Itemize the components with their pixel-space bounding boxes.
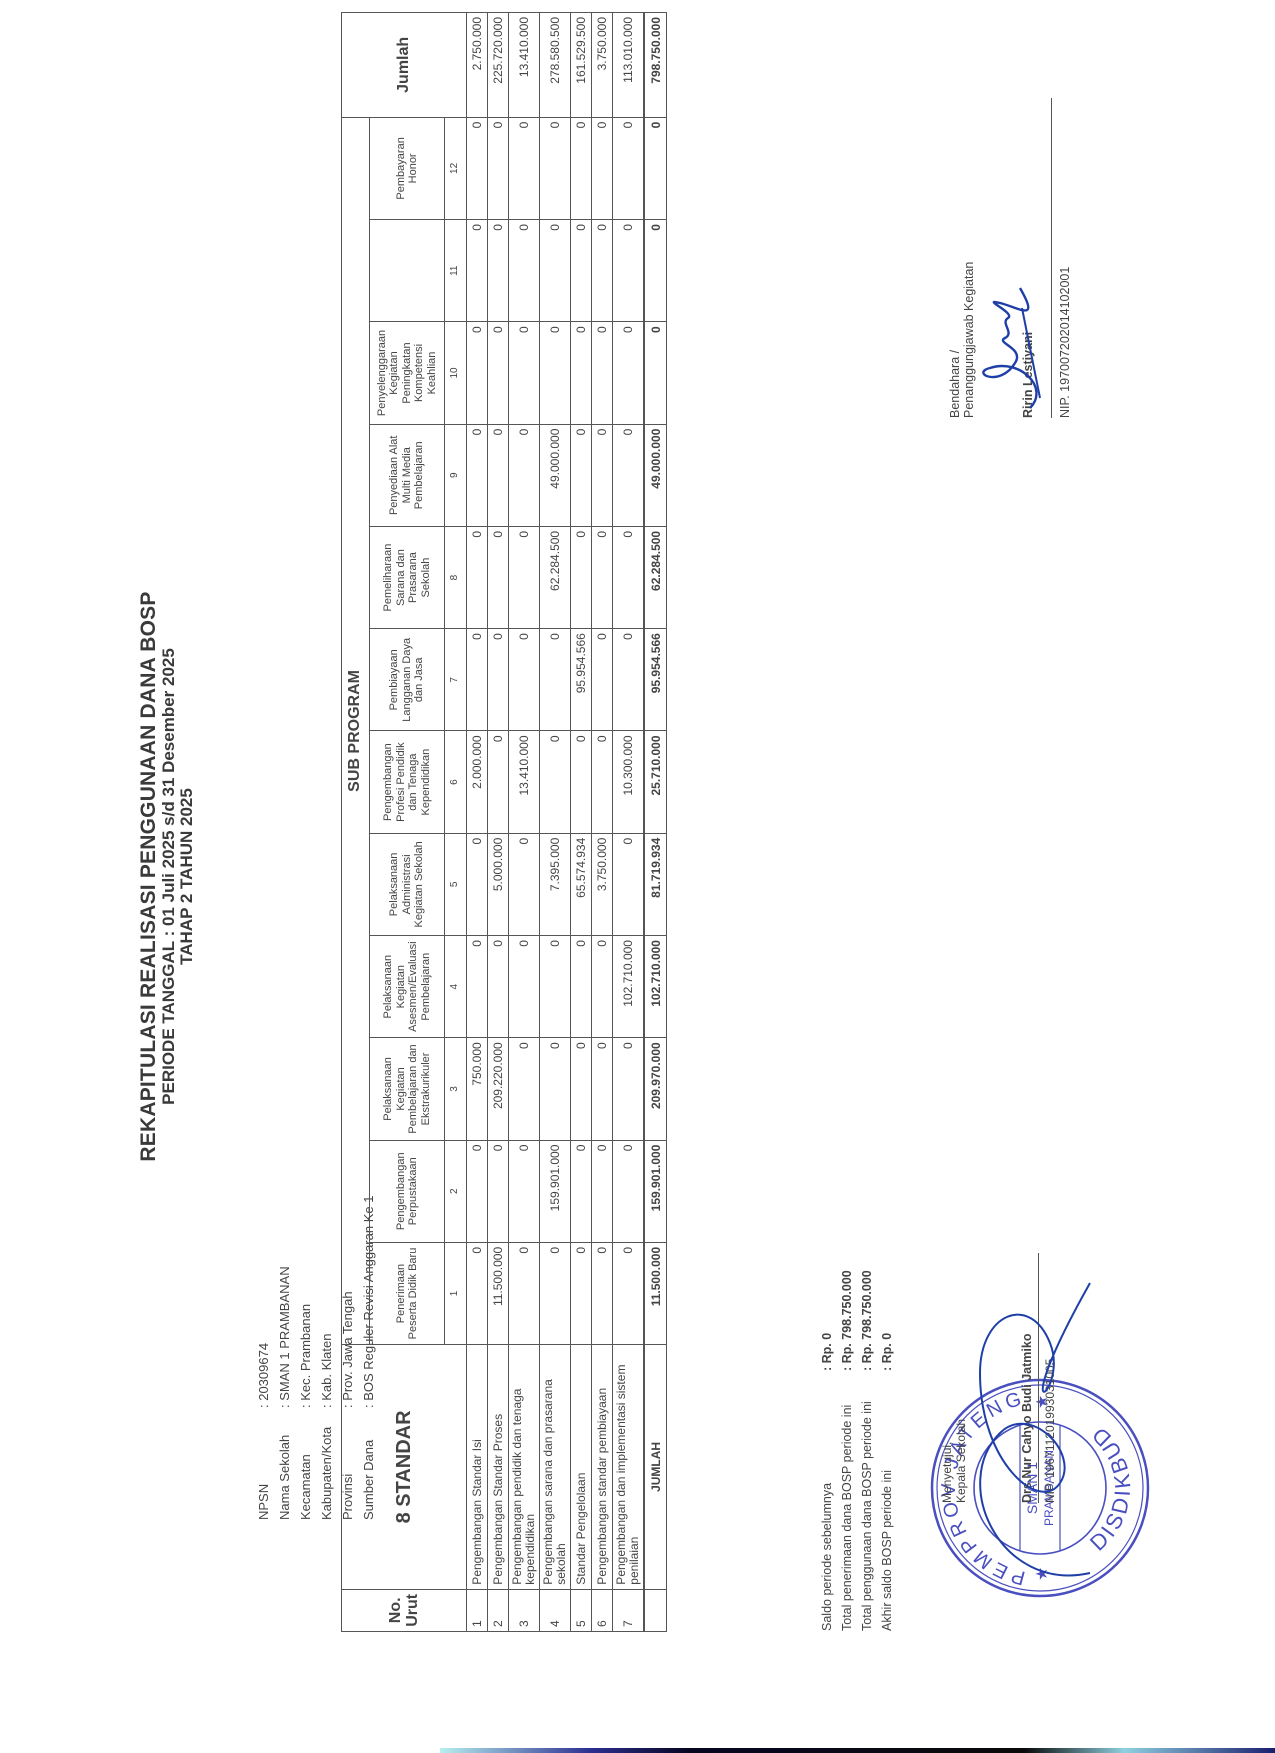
school-info-value: : Kec. Prambanan	[295, 1304, 316, 1408]
subprogram-column-index: 4	[445, 936, 467, 1038]
row-value: 0	[488, 731, 509, 833]
row-value: 10.300.000	[613, 731, 645, 833]
total-row-value: 95.954.566	[644, 629, 667, 731]
summary-value: : Rp. 0	[877, 1333, 897, 1371]
row-value: 0	[592, 1140, 613, 1242]
total-row-value: 0	[644, 322, 667, 424]
row-standard: Pengembangan pendidik dan tenaga kependi…	[509, 1345, 540, 1590]
row-number: 5	[571, 1589, 592, 1631]
row-value: 0	[613, 424, 645, 526]
row-value: 3.750.000	[592, 833, 613, 935]
row-total: 278.580.500	[540, 13, 571, 118]
row-value: 0	[509, 526, 540, 628]
summary-row: Saldo periode sebelumnya : Rp. 0	[817, 1270, 837, 1631]
row-value: 0	[540, 629, 571, 731]
row-value: 65.574.934	[571, 833, 592, 935]
summary-row: Akhir saldo BOSP periode ini : Rp. 0	[877, 1270, 897, 1631]
total-row-value: 159.901.000	[644, 1140, 667, 1242]
row-standard: Pengembangan Standar Isi	[467, 1345, 488, 1590]
total-row-value: 49.000.000	[644, 424, 667, 526]
subprogram-column-header: Penyelenggaraan Kegiatan Peningkatan Kom…	[370, 322, 445, 424]
row-value: 0	[509, 833, 540, 935]
subprogram-column-header	[370, 220, 445, 322]
table-row: 1 Pengembangan Standar Isi00750.000002.0…	[467, 13, 488, 1632]
row-value: 0	[613, 833, 645, 935]
table-row: 3 Pengembangan pendidik dan tenaga kepen…	[509, 13, 540, 1632]
row-value: 95.954.566	[571, 629, 592, 731]
row-value: 0	[540, 1038, 571, 1140]
row-value: 0	[613, 322, 645, 424]
summary-value: : Rp. 798.750.000	[837, 1270, 857, 1371]
summary-value: : Rp. 798.750.000	[857, 1270, 877, 1371]
row-standard: Pengembangan standar pembiayaan	[592, 1345, 613, 1590]
row-value: 0	[467, 936, 488, 1038]
row-total: 2.750.000	[467, 13, 488, 118]
subprogram-column-header: Pengembangan Profesi Pendidik dan Tenaga…	[370, 731, 445, 833]
row-value: 0	[467, 1242, 488, 1344]
row-value: 0	[540, 117, 571, 219]
row-value: 0	[467, 424, 488, 526]
row-value: 0	[613, 117, 645, 219]
subprogram-column-index: 5	[445, 833, 467, 935]
summary-label: Total penerimaan dana BOSP periode ini	[837, 1371, 857, 1631]
row-value: 0	[488, 526, 509, 628]
row-total: 13.410.000	[509, 13, 540, 118]
row-number: 2	[488, 1589, 509, 1631]
row-value: 0	[488, 936, 509, 1038]
row-value: 0	[592, 629, 613, 731]
row-value: 0	[571, 1038, 592, 1140]
table-row: 2 Pengembangan Standar Proses11.500.0000…	[488, 13, 509, 1632]
school-info-row: NPSN : 20309674	[253, 1196, 274, 1520]
report-period: PERIODE TANGGAL : 01 Juli 2025 s/d 31 De…	[160, 0, 178, 1753]
row-value: 0	[509, 1140, 540, 1242]
table-row: 4 Pengembangan sarana dan prasarana seko…	[540, 13, 571, 1632]
row-value: 5.000.000	[488, 833, 509, 935]
report-title: REKAPITULASI REALISASI PENGGUNAAN DANA B…	[138, 0, 160, 1753]
headmaster-signature-icon	[940, 1273, 1110, 1603]
row-standard: Pengembangan dan implementasi sistem pen…	[613, 1345, 645, 1590]
table-row: 6 Pengembangan standar pembiayaan00003.7…	[592, 13, 613, 1632]
row-value: 0	[488, 117, 509, 219]
row-value: 0	[571, 936, 592, 1038]
header-sub-program: SUB PROGRAM	[342, 117, 370, 1344]
total-row-label: JUMLAH	[644, 1345, 667, 1590]
row-value: 0	[571, 220, 592, 322]
row-value: 0	[613, 526, 645, 628]
school-info-row: Kecamatan : Kec. Prambanan	[295, 1196, 316, 1520]
summary-value: : Rp. 0	[817, 1333, 837, 1371]
row-value: 0	[592, 1038, 613, 1140]
row-value: 0	[488, 220, 509, 322]
row-value: 0	[467, 117, 488, 219]
row-standard: Standar Pengelolaan	[571, 1345, 592, 1590]
row-total: 3.750.000	[592, 13, 613, 118]
total-row: JUMLAH11.500.000159.901.000209.970.00010…	[644, 13, 667, 1632]
treasurer-signature-icon	[960, 278, 1050, 418]
row-value: 0	[488, 424, 509, 526]
total-row-value: 0	[644, 117, 667, 219]
report-page: REKAPITULASI REALISASI PENGGUNAAN DANA B…	[0, 0, 1275, 1753]
treasurer-nip: NIP. 197007202014102001	[1058, 78, 1072, 418]
row-value: 102.710.000	[613, 936, 645, 1038]
row-total: 225.720.000	[488, 13, 509, 118]
row-value: 0	[488, 629, 509, 731]
school-info-row: Nama Sekolah : SMAN 1 PRAMBANAN	[274, 1196, 295, 1520]
row-value: 0	[509, 629, 540, 731]
subprogram-column-index: 1	[445, 1242, 467, 1344]
row-value: 13.410.000	[509, 731, 540, 833]
total-row-blank	[644, 1589, 667, 1631]
grand-total: 798.750.000	[644, 13, 667, 118]
summary-label: Akhir saldo BOSP periode ini	[877, 1371, 897, 1631]
row-number: 7	[613, 1589, 645, 1631]
row-total: 113.010.000	[613, 13, 645, 118]
row-value: 0	[509, 936, 540, 1038]
row-value: 0	[540, 936, 571, 1038]
row-value: 0	[592, 322, 613, 424]
row-value: 0	[571, 731, 592, 833]
school-info-label: Kabupaten/Kota	[316, 1408, 337, 1520]
row-value: 0	[509, 117, 540, 219]
total-row-value: 62.284.500	[644, 526, 667, 628]
row-value: 0	[592, 936, 613, 1038]
row-value: 0	[613, 1242, 645, 1344]
row-value: 0	[509, 1038, 540, 1140]
subprogram-column-index: 2	[445, 1140, 467, 1242]
row-value: 0	[592, 1242, 613, 1344]
total-row-value: 102.710.000	[644, 936, 667, 1038]
subprogram-column-index: 11	[445, 220, 467, 322]
row-value: 0	[509, 424, 540, 526]
school-info-row: Kabupaten/Kota : Kab. Klaten	[316, 1196, 337, 1520]
row-number: 1	[467, 1589, 488, 1631]
subprogram-column-header: Penyediaan Alat Multi Media Pembelajaran	[370, 424, 445, 526]
row-value: 0	[613, 220, 645, 322]
subprogram-column-index: 12	[445, 117, 467, 219]
row-value: 0	[592, 424, 613, 526]
subprogram-column-header: Pelaksanaan Administrasi Kegiatan Sekola…	[370, 833, 445, 935]
report-title-block: REKAPITULASI REALISASI PENGGUNAAN DANA B…	[138, 0, 196, 1753]
subprogram-column-header: Penerimaan Peserta Didik Baru	[370, 1242, 445, 1344]
row-value: 0	[488, 1140, 509, 1242]
subprogram-column-header: Pemeliharaan Sarana dan Prasarana Sekola…	[370, 526, 445, 628]
row-value: 0	[467, 629, 488, 731]
total-row-value: 25.710.000	[644, 731, 667, 833]
row-number: 3	[509, 1589, 540, 1631]
row-number: 6	[592, 1589, 613, 1631]
row-value: 0	[540, 1242, 571, 1344]
row-value: 0	[571, 526, 592, 628]
row-value: 11.500.000	[488, 1242, 509, 1344]
row-value: 0	[467, 220, 488, 322]
report-stage: TAHAP 2 TAHUN 2025	[178, 0, 196, 1753]
row-value: 0	[592, 117, 613, 219]
school-info-label: Kecamatan	[295, 1408, 316, 1520]
header-no-urut: No. Urut	[342, 1589, 467, 1631]
row-value: 0	[467, 1140, 488, 1242]
row-value: 62.284.500	[540, 526, 571, 628]
school-info-value: : SMAN 1 PRAMBANAN	[274, 1266, 295, 1408]
school-info-label: Nama Sekolah	[274, 1408, 295, 1520]
subprogram-column-header: Pembayaran Honor	[370, 117, 445, 219]
row-value: 0	[467, 526, 488, 628]
row-value: 0	[488, 322, 509, 424]
row-value: 0	[509, 1242, 540, 1344]
row-value: 0	[571, 1140, 592, 1242]
row-value: 49.000.000	[540, 424, 571, 526]
summary-row: Total penggunaan dana BOSP periode ini :…	[857, 1270, 877, 1631]
row-value: 0	[592, 526, 613, 628]
row-total: 161.529.500	[571, 13, 592, 118]
row-value: 0	[613, 629, 645, 731]
row-value: 0	[592, 731, 613, 833]
row-value: 0	[509, 220, 540, 322]
row-value: 0	[540, 220, 571, 322]
header-jumlah: Jumlah	[342, 13, 467, 118]
school-info-value: : Kab. Klaten	[316, 1334, 337, 1408]
scanner-edge-band	[440, 1748, 1275, 1753]
row-value: 0	[467, 833, 488, 935]
realization-table: No. Urut 8 STANDAR SUB PROGRAM Jumlah Pe…	[341, 12, 667, 1632]
total-row-value: 11.500.000	[644, 1242, 667, 1344]
row-value: 0	[613, 1038, 645, 1140]
total-row-value: 209.970.000	[644, 1038, 667, 1140]
school-info-label: NPSN	[253, 1408, 274, 1520]
row-value: 0	[571, 117, 592, 219]
subprogram-column-index: 8	[445, 526, 467, 628]
total-row-value: 81.719.934	[644, 833, 667, 935]
subprogram-column-index: 3	[445, 1038, 467, 1140]
summary-label: Total penggunaan dana BOSP periode ini	[857, 1371, 877, 1631]
table-row: 7 Pengembangan dan implementasi sistem p…	[613, 13, 645, 1632]
row-value: 0	[540, 322, 571, 424]
row-value: 209.220.000	[488, 1038, 509, 1140]
subprogram-column-header: Pembiayaan Langganan Daya dan Jasa	[370, 629, 445, 731]
row-standard: Pengembangan Standar Proses	[488, 1345, 509, 1590]
balance-summary: Saldo periode sebelumnya : Rp. 0Total pe…	[817, 1270, 897, 1631]
row-value: 0	[613, 1140, 645, 1242]
total-row-value: 0	[644, 220, 667, 322]
row-value: 750.000	[467, 1038, 488, 1140]
subprogram-column-header: Pengembangan Perpustakaan	[370, 1140, 445, 1242]
row-value: 0	[571, 424, 592, 526]
row-value: 0	[509, 322, 540, 424]
summary-row: Total penerimaan dana BOSP periode ini :…	[837, 1270, 857, 1631]
row-value: 159.901.000	[540, 1140, 571, 1242]
subprogram-column-index: 9	[445, 424, 467, 526]
subprogram-column-index: 6	[445, 731, 467, 833]
row-value: 7.395.000	[540, 833, 571, 935]
row-value: 0	[467, 322, 488, 424]
row-value: 0	[571, 1242, 592, 1344]
summary-label: Saldo periode sebelumnya	[817, 1371, 837, 1631]
row-value: 0	[592, 220, 613, 322]
subprogram-column-index: 10	[445, 322, 467, 424]
scanned-document-viewport: REKAPITULASI REALISASI PENGGUNAAN DANA B…	[0, 0, 1275, 1753]
row-number: 4	[540, 1589, 571, 1631]
subprogram-column-header: Pelaksanaan Kegiatan Pembelajaran dan Ek…	[370, 1038, 445, 1140]
table-row: 5 Standar Pengelolaan000065.574.934095.9…	[571, 13, 592, 1632]
subprogram-column-index: 7	[445, 629, 467, 731]
row-standard: Pengembangan sarana dan prasarana sekola…	[540, 1345, 571, 1590]
header-8-standar: 8 STANDAR	[342, 1345, 467, 1590]
row-value: 0	[540, 731, 571, 833]
subprogram-column-header: Pelaksanaan Kegiatan Asesmen/Evaluasi Pe…	[370, 936, 445, 1038]
school-info-value: : 20309674	[253, 1343, 274, 1408]
row-value: 2.000.000	[467, 731, 488, 833]
row-value: 0	[571, 322, 592, 424]
